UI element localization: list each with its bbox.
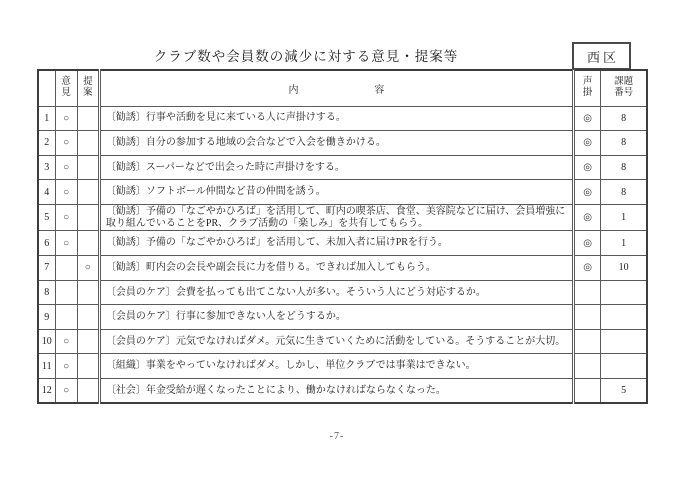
header-voice: 声掛 (574, 70, 601, 106)
content-text: 〔勧誘〕自分の参加する地域の会合などで入会を働きかける。 (99, 131, 573, 156)
proposal-mark (77, 329, 99, 354)
opinion-mark: ○ (55, 329, 77, 354)
row-number: 7 (38, 256, 55, 281)
proposal-mark (77, 305, 99, 330)
proposal-mark (77, 155, 99, 180)
opinion-mark: ○ (55, 155, 77, 180)
header-proposal-label: 提案 (82, 77, 93, 100)
issue-number (601, 280, 647, 305)
voice-mark: ◎ (574, 204, 601, 231)
proposal-mark (77, 354, 99, 379)
table-header: 意見 提案 内容 声掛 課題番号 (38, 70, 647, 106)
table-row: 7 ○ 〔勧誘〕町内会の会長や副会長に力を借りる。できれば加入してもらう。 ◎ … (38, 256, 647, 281)
opinion-mark: ○ (55, 106, 77, 131)
row-number: 12 (38, 379, 55, 404)
table-row: 9 〔会員のケア〕行事に参加できない人をどうするか。 (38, 305, 647, 330)
proposal-mark (77, 106, 99, 131)
issue-number: 8 (601, 106, 647, 131)
issue-number: 5 (601, 379, 647, 404)
content-text: 〔勧誘〕行事や活動を見に来ている人に声掛けする。 (99, 106, 573, 131)
header-voice-label: 声掛 (582, 77, 593, 100)
header-opinion: 意見 (55, 70, 77, 106)
proposal-mark (77, 204, 99, 231)
issue-number: 1 (601, 231, 647, 256)
table-row: 4 ○ 〔勧誘〕ソフトボール仲間など昔の仲間を誘う。 ◎ 8 (38, 180, 647, 205)
row-number: 9 (38, 305, 55, 330)
voice-mark (574, 379, 601, 404)
voice-mark: ◎ (574, 180, 601, 205)
opinion-mark: ○ (55, 204, 77, 231)
row-number: 8 (38, 280, 55, 305)
table-row: 6 ○ 〔勧誘〕予備の「なごやかひろば」を活用して、未加入者に届けPRを行う。 … (38, 231, 647, 256)
content-text: 〔会員のケア〕会費を払っても出てこない人が多い。そういう人にどう対応するか。 (99, 280, 573, 305)
proposal-mark (77, 280, 99, 305)
opinion-mark (55, 256, 77, 281)
content-text: 〔組織〕事業をやっていなければダメ。しかし、単位クラブでは事業はできない。 (99, 354, 573, 379)
content-text: 〔会員のケア〕元気でなければダメ。元気に生きていくために活動をしている。そうする… (99, 329, 573, 354)
row-number: 10 (38, 329, 55, 354)
table-row: 1 ○ 〔勧誘〕行事や活動を見に来ている人に声掛けする。 ◎ 8 (38, 106, 647, 131)
row-number: 11 (38, 354, 55, 379)
issue-number: 8 (601, 155, 647, 180)
issue-number (601, 305, 647, 330)
voice-mark (574, 305, 601, 330)
table-row: 10 ○ 〔会員のケア〕元気でなければダメ。元気に生きていくために活動をしている… (38, 329, 647, 354)
table-row: 3 ○ 〔勧誘〕スーパーなどで出会った時に声掛けをする。 ◎ 8 (38, 155, 647, 180)
row-number: 4 (38, 180, 55, 205)
table-row: 5 ○ 〔勧誘〕予備の「なごやかひろば」を活用して、町内の喫茶店、食堂、美容院な… (38, 204, 647, 231)
row-number: 1 (38, 106, 55, 131)
table-row: 11 ○ 〔組織〕事業をやっていなければダメ。しかし、単位クラブでは事業はできな… (38, 354, 647, 379)
row-number: 3 (38, 155, 55, 180)
page-title: クラブ数や会員数の減少に対する意見・提案等 (0, 45, 612, 65)
opinion-mark (55, 280, 77, 305)
row-number: 6 (38, 231, 55, 256)
content-text: 〔勧誘〕予備の「なごやかひろば」を活用して、未加入者に届けPRを行う。 (99, 231, 573, 256)
header-no (38, 70, 55, 106)
content-text: 〔勧誘〕ソフトボール仲間など昔の仲間を誘う。 (99, 180, 573, 205)
row-number: 5 (38, 204, 55, 231)
proposal-mark (77, 131, 99, 156)
opinions-table: 意見 提案 内容 声掛 課題番号 1 ○ 〔勧誘〕行事や活動を見に来ている人に声… (37, 69, 648, 404)
header-proposal: 提案 (77, 70, 99, 106)
opinion-mark: ○ (55, 354, 77, 379)
content-text: 〔勧誘〕町内会の会長や副会長に力を借りる。できれば加入してもらう。 (99, 256, 573, 281)
header-issue-label: 課題番号 (613, 77, 635, 100)
content-text: 〔勧誘〕予備の「なごやかひろば」を活用して、町内の喫茶店、食堂、美容院などに届け… (99, 204, 573, 231)
issue-number: 8 (601, 131, 647, 156)
content-text: 〔会員のケア〕行事に参加できない人をどうするか。 (99, 305, 573, 330)
region-label-box: 西区 (572, 42, 631, 70)
proposal-mark (77, 231, 99, 256)
proposal-mark: ○ (77, 256, 99, 281)
table-row: 2 ○ 〔勧誘〕自分の参加する地域の会合などで入会を働きかける。 ◎ 8 (38, 131, 647, 156)
opinion-mark (55, 305, 77, 330)
table-row: 12 ○ 〔社会〕年金受給が遅くなったことにより、働かなければならなくなった。 … (38, 379, 647, 404)
content-text: 〔社会〕年金受給が遅くなったことにより、働かなければならなくなった。 (99, 379, 573, 404)
proposal-mark (77, 180, 99, 205)
proposal-mark (77, 379, 99, 404)
opinion-mark: ○ (55, 379, 77, 404)
issue-number: 1 (601, 204, 647, 231)
issue-number: 10 (601, 256, 647, 281)
header-row: 意見 提案 内容 声掛 課題番号 (38, 70, 647, 106)
voice-mark (574, 354, 601, 379)
header-opinion-label: 意見 (61, 77, 72, 100)
voice-mark (574, 280, 601, 305)
header-issue: 課題番号 (601, 70, 647, 106)
row-number: 2 (38, 131, 55, 156)
voice-mark: ◎ (574, 231, 601, 256)
header-content: 内容 (99, 70, 573, 106)
opinion-mark: ○ (55, 231, 77, 256)
header-content-label: 内容 (288, 81, 384, 96)
table-row: 8 〔会員のケア〕会費を払っても出てこない人が多い。そういう人にどう対応するか。 (38, 280, 647, 305)
issue-number (601, 354, 647, 379)
voice-mark: ◎ (574, 155, 601, 180)
opinion-mark: ○ (55, 180, 77, 205)
table-body: 1 ○ 〔勧誘〕行事や活動を見に来ている人に声掛けする。 ◎ 8 2 ○ 〔勧誘… (38, 106, 647, 403)
content-text: 〔勧誘〕スーパーなどで出会った時に声掛けをする。 (99, 155, 573, 180)
issue-number: 8 (601, 180, 647, 205)
issue-number (601, 329, 647, 354)
voice-mark (574, 329, 601, 354)
voice-mark: ◎ (574, 256, 601, 281)
opinion-mark: ○ (55, 131, 77, 156)
page-number: -7- (0, 431, 674, 442)
region-label: 西区 (587, 47, 619, 66)
voice-mark: ◎ (574, 106, 601, 131)
voice-mark: ◎ (574, 131, 601, 156)
